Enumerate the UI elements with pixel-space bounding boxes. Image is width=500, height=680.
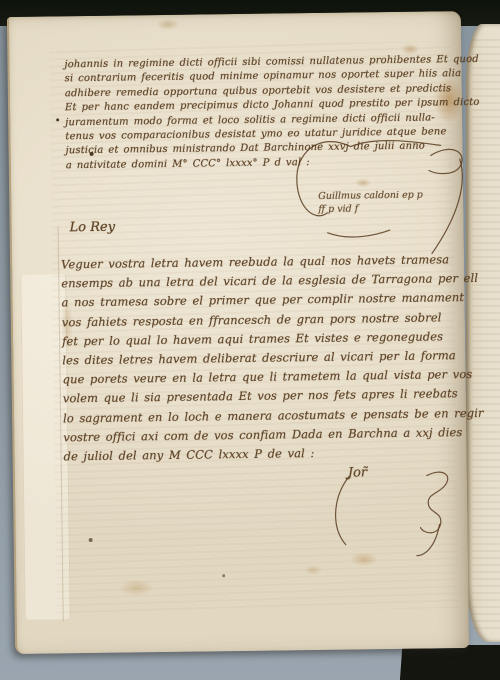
notary-signature-line: ff p vid f: [318, 202, 423, 216]
flourish-stroke: [420, 472, 449, 533]
stain: [156, 19, 180, 30]
stain: [118, 579, 154, 596]
flourish-stroke: [429, 149, 463, 174]
ink-speck: [222, 574, 225, 577]
manuscript-page: johannis in regimine dicti officii sibi …: [7, 11, 469, 654]
flourish-stroke: [417, 524, 440, 555]
catalan-letter-heading: Lo Rey: [69, 220, 115, 236]
ink-speck: [89, 538, 93, 542]
photo-backdrop: johannis in regimine dicti officii sibi …: [0, 0, 500, 680]
backdrop-dark-corner: [400, 645, 500, 680]
flourish-stroke: [328, 230, 390, 237]
flourish-stroke: [335, 477, 350, 545]
royal-paraph-word: Jor̃: [348, 465, 367, 480]
royal-paraph-flourish: [315, 449, 487, 576]
notary-signature: Guillmus caldoni ep p ff p vid f: [318, 189, 423, 216]
catalan-letter-block: Veguer vostra letra havem reebuda la qua…: [61, 250, 464, 466]
ink-speck: [56, 118, 59, 121]
